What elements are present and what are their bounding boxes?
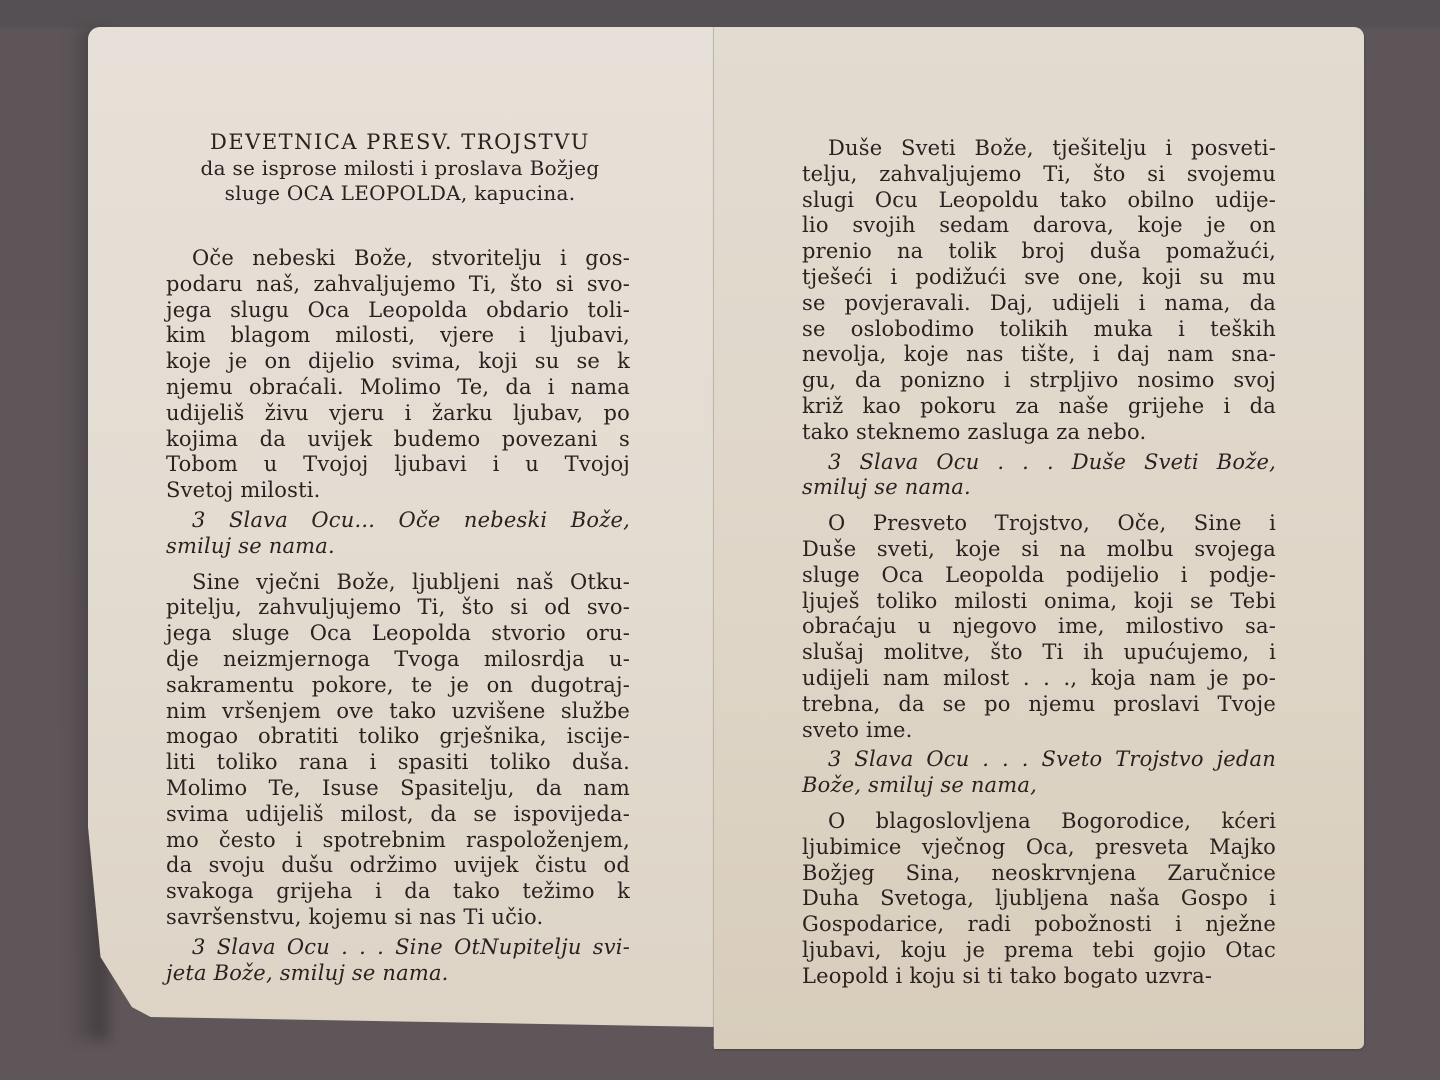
text-line: lio svojih sedam darova, koje je on [802, 213, 1276, 239]
right-page-text: Duše Sveti Bože, tješitelju i posveti-te… [802, 136, 1276, 990]
text-line: mo često i spotrebnim raspoloženjem, [166, 828, 630, 854]
text-line: Sine vječni Bože, ljubljeni naš Otku- [166, 570, 630, 596]
text-line: Oče nebeski Bože, stvoritelju i gos- [166, 246, 630, 272]
refrain-paragraph: 3 Slava Ocu . . . Duše Sveti Bože,smiluj… [802, 450, 1276, 502]
text-line: ljubimice vječnog Oca, presveta Majko [802, 835, 1276, 861]
text-line: telju, zahvaljujemo Ti, što si svojemu [802, 162, 1276, 188]
text-line: Gospodarice, radi pobožnosti i nježne [802, 912, 1276, 938]
text-line: O blagoslovljena Bogorodice, kćeri [802, 809, 1276, 835]
text-line: podaru naš, zahvaljujemo Ti, što si svo- [166, 272, 630, 298]
text-line: ljuješ toliko milosti onima, koji se Teb… [802, 589, 1276, 615]
text-line: jega sluge Oca Leopolda stvorio oru- [166, 621, 630, 647]
text-line: sveto ime. [802, 718, 1276, 744]
text-line: slušaj molitve, što Ti ih upućujemo, i [802, 640, 1276, 666]
prayer-paragraph: O blagoslovljena Bogorodice, kćeriljubim… [802, 809, 1276, 990]
text-line: jega slugu Oca Leopolda obdario toli- [166, 298, 630, 324]
text-line: Leopold i koju si ti tako bogato uzvra- [802, 964, 1276, 990]
text-line: smiluj se nama. [802, 475, 1276, 501]
text-line: smiluj se nama. [166, 534, 630, 560]
text-line: mogao obratiti toliko grješnika, iscije- [166, 724, 630, 750]
text-line: se povjeravali. Daj, udijeli i nama, da [802, 291, 1276, 317]
heading-title: DEVETNICA PRESV. TROJSTVU [160, 128, 640, 156]
text-line: O Presveto Trojstvo, Oče, Sine i [802, 511, 1276, 537]
refrain-paragraph: 3 Slava Ocu... Oče nebeski Bože,smiluj s… [166, 508, 630, 560]
text-line: kojima da uvijek budemo povezani s [166, 427, 630, 453]
text-line: obraćaju u njegovo ime, milostivo sa- [802, 614, 1276, 640]
text-line: Božjeg Sina, neoskrvnjena Zaručnice [802, 861, 1276, 887]
text-line: tješeći i podižući sve one, koji su mu [802, 265, 1276, 291]
text-line: kim blagom milosti, vjere i ljubavi, [166, 323, 630, 349]
text-line: nevolja, koje nas tište, i daj nam sna- [802, 342, 1276, 368]
text-line: njemu obraćali. Molimo Te, da i nama [166, 375, 630, 401]
text-line: liti toliko rana i spasiti toliko duša. [166, 750, 630, 776]
prayer-paragraph: Sine vječni Bože, ljubljeni naš Otku-pit… [166, 570, 630, 931]
text-line: 3 Slava Ocu . . . Sveto Trojstvo jedan [802, 747, 1276, 773]
text-line: 3 Slava Ocu . . . Duše Sveti Bože, [802, 450, 1276, 476]
booklet-spine [713, 27, 715, 1047]
text-line: dje neizmjernoga Tvoga milosrdja u- [166, 647, 630, 673]
text-line: ljubavi, koju je prema tebi gojio Otac [802, 938, 1276, 964]
text-line: 3 Slava Ocu . . . Sine OtNupitelju svi- [166, 935, 630, 961]
text-line: udijeli nam milost . . ., koja nam je po… [802, 666, 1276, 692]
text-line: svima udijeliš milost, da se ispovijeda- [166, 802, 630, 828]
prayer-paragraph: Oče nebeski Bože, stvoritelju i gos-poda… [166, 246, 630, 504]
refrain-paragraph: 3 Slava Ocu . . . Sveto Trojstvo jedanBo… [802, 747, 1276, 799]
text-line: pitelju, zahvuljujemo Ti, što si od svo- [166, 595, 630, 621]
text-line: Bože, smiluj se nama, [802, 773, 1276, 799]
prayer-paragraph: Duše Sveti Bože, tješitelju i posveti-te… [802, 136, 1276, 446]
text-line: sluge Oca Leopolda podijelio i podje- [802, 563, 1276, 589]
text-line: 3 Slava Ocu... Oče nebeski Bože, [166, 508, 630, 534]
heading-subtitle-line: da se isprose milosti i proslava Božjeg [160, 156, 640, 181]
text-line: Svetoj milosti. [166, 478, 630, 504]
text-line: Tobom u Tvojoj ljubavi i u Tvojoj [166, 452, 630, 478]
text-line: jeta Bože, smiluj se nama. [166, 961, 630, 987]
text-line: tako steknemo zasluga za nebo. [802, 420, 1276, 446]
text-line: križ kao pokoru za naše grijehe i da [802, 394, 1276, 420]
text-line: da svoju dušu održimo uvijek čistu od [166, 853, 630, 879]
text-line: koje je on dijelio svima, koji su se k [166, 349, 630, 375]
text-line: slugi Ocu Leopoldu tako obilno udije- [802, 188, 1276, 214]
document-heading: DEVETNICA PRESV. TROJSTVU da se isprose … [160, 128, 640, 206]
text-line: prenio na tolik broj duša pomažući, [802, 239, 1276, 265]
text-line: trebna, da se po njemu proslavi Tvoje [802, 692, 1276, 718]
text-line: savršenstvu, kojemu si nas Ti učio. [166, 905, 630, 931]
text-line: Molimo Te, Isuse Spasitelju, da nam [166, 776, 630, 802]
text-line: udijeliš živu vjeru i žarku ljubav, po [166, 401, 630, 427]
text-line: sakramentu pokore, te je on dugotraj- [166, 673, 630, 699]
text-line: nim vršenjem ove tako uzvišene službe [166, 699, 630, 725]
prayer-paragraph: O Presveto Trojstvo, Oče, Sine iDuše sve… [802, 511, 1276, 743]
text-line: svakoga grijeha i da tako težimo k [166, 879, 630, 905]
text-line: Duše Sveti Bože, tješitelju i posveti- [802, 136, 1276, 162]
left-page-text: Oče nebeski Bože, stvoritelju i gos-poda… [166, 246, 630, 986]
text-line: se oslobodimo tolikih muka i teških [802, 317, 1276, 343]
text-line: Duha Svetoga, ljubljena naša Gospo i [802, 886, 1276, 912]
heading-subtitle-line: sluge OCA LEOPOLDA, kapucina. [160, 181, 640, 206]
text-line: Duše sveti, koje si na molbu svojega [802, 537, 1276, 563]
refrain-paragraph: 3 Slava Ocu . . . Sine OtNupitelju svi-j… [166, 935, 630, 987]
text-line: gu, da ponizno i strpljivo nosimo svoj [802, 368, 1276, 394]
